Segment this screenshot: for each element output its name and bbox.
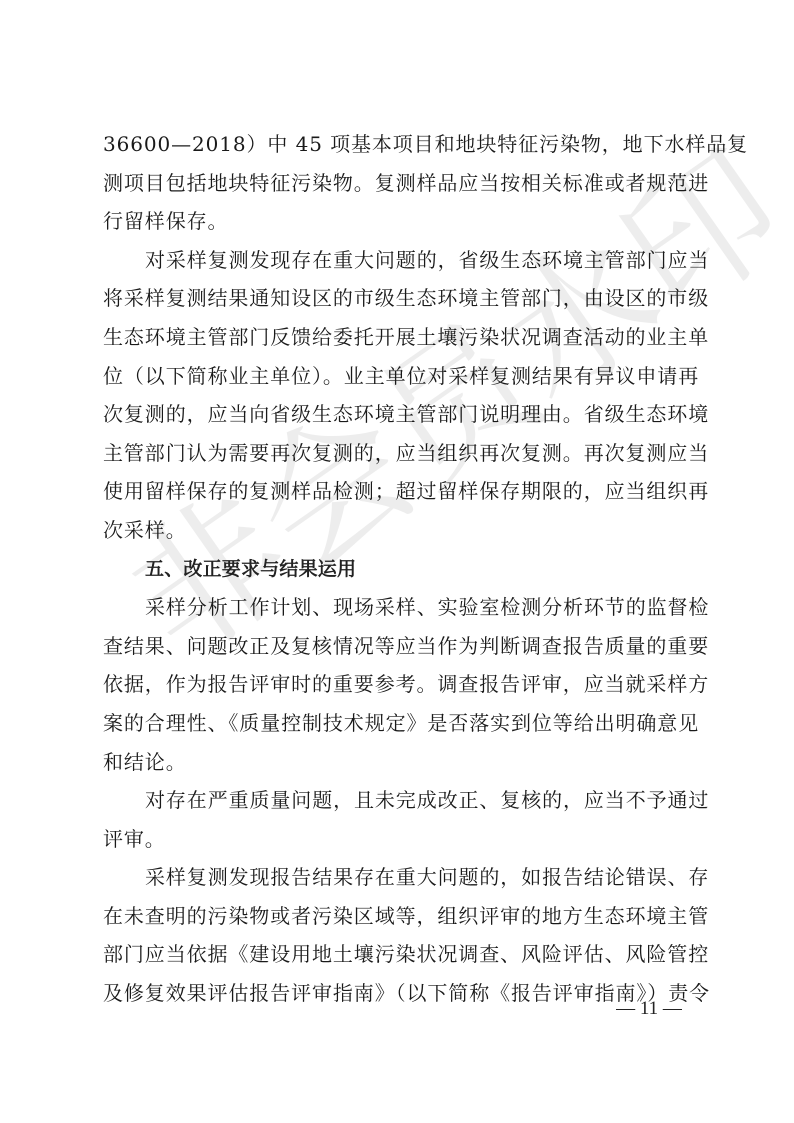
text-line: 使用留样保存的复测样品检测；超过留样保存期限的，应当组织再 [103, 472, 693, 511]
text-line: 次采样。 [103, 511, 693, 550]
section-heading: 五、改正要求与结果运用 [103, 550, 693, 589]
text-line: 测项目包括地块特征污染物。复测样品应当按相关标准或者规范进 [103, 164, 693, 203]
text-line: 部门应当依据《建设用地土壤污染状况调查、风险评估、风险管控 [103, 935, 693, 974]
text-line: 将采样复测结果通知设区的市级生态环境主管部门，由设区的市级 [103, 279, 693, 318]
text-line: 生态环境主管部门反馈给委托开展土壤污染状况调查活动的业主单 [103, 318, 693, 357]
text-line: 次复测的，应当向省级生态环境主管部门说明理由。省级生态环境 [103, 395, 693, 434]
text-line: 和结论。 [103, 743, 693, 782]
text-line: 依据，作为报告评审时的重要参考。调查报告评审，应当就采样方 [103, 665, 693, 704]
paragraph: 对采样复测发现存在重大问题的，省级生态环境主管部门应当 将采样复测结果通知设区的… [103, 241, 693, 550]
text-line: 对采样复测发现存在重大问题的，省级生态环境主管部门应当 [103, 241, 693, 280]
text-line: 采样复测发现报告结果存在重大问题的，如报告结论错误、存 [103, 858, 693, 897]
text-line: 案的合理性、《质量控制技术规定》是否落实到位等给出明确意见 [103, 704, 693, 743]
text-line: 对存在严重质量问题，且未完成改正、复核的，应当不予通过 [103, 781, 693, 820]
page-number: — 11 — [608, 998, 690, 1020]
text-line: 在未查明的污染物或者污染区域等，组织评审的地方生态环境主管 [103, 897, 693, 936]
text-line: 评审。 [103, 820, 693, 859]
paragraph: 采样复测发现报告结果存在重大问题的，如报告结论错误、存 在未查明的污染物或者污染… [103, 858, 693, 1012]
paragraph: 对存在严重质量问题，且未完成改正、复核的，应当不予通过 评审。 [103, 781, 693, 858]
document-body: 36600—2018）中 45 项基本项目和地块特征污染物，地下水样品复 测项目… [103, 125, 693, 1013]
text-line: 位（以下简称业主单位）。业主单位对采样复测结果有异议申请再 [103, 357, 693, 396]
paragraph: 采样分析工作计划、现场采样、实验室检测分析环节的监督检 查结果、问题改正及复核情… [103, 588, 693, 781]
text-line: 行留样保存。 [103, 202, 693, 241]
text-line: 查结果、问题改正及复核情况等应当作为判断调查报告质量的重要 [103, 627, 693, 666]
text-line: 及修复效果评估报告评审指南》（以下简称《报告评审指南》）责令 [103, 974, 693, 1013]
text-line: 36600—2018）中 45 项基本项目和地块特征污染物，地下水样品复 [103, 125, 693, 164]
text-line: 采样分析工作计划、现场采样、实验室检测分析环节的监督检 [103, 588, 693, 627]
text-line: 主管部门认为需要再次复测的，应当组织再次复测。再次复测应当 [103, 434, 693, 473]
paragraph-continuation: 36600—2018）中 45 项基本项目和地块特征污染物，地下水样品复 测项目… [103, 125, 693, 241]
document-page: 非会员水印 36600—2018）中 45 项基本项目和地块特征污染物，地下水样… [0, 0, 794, 1123]
